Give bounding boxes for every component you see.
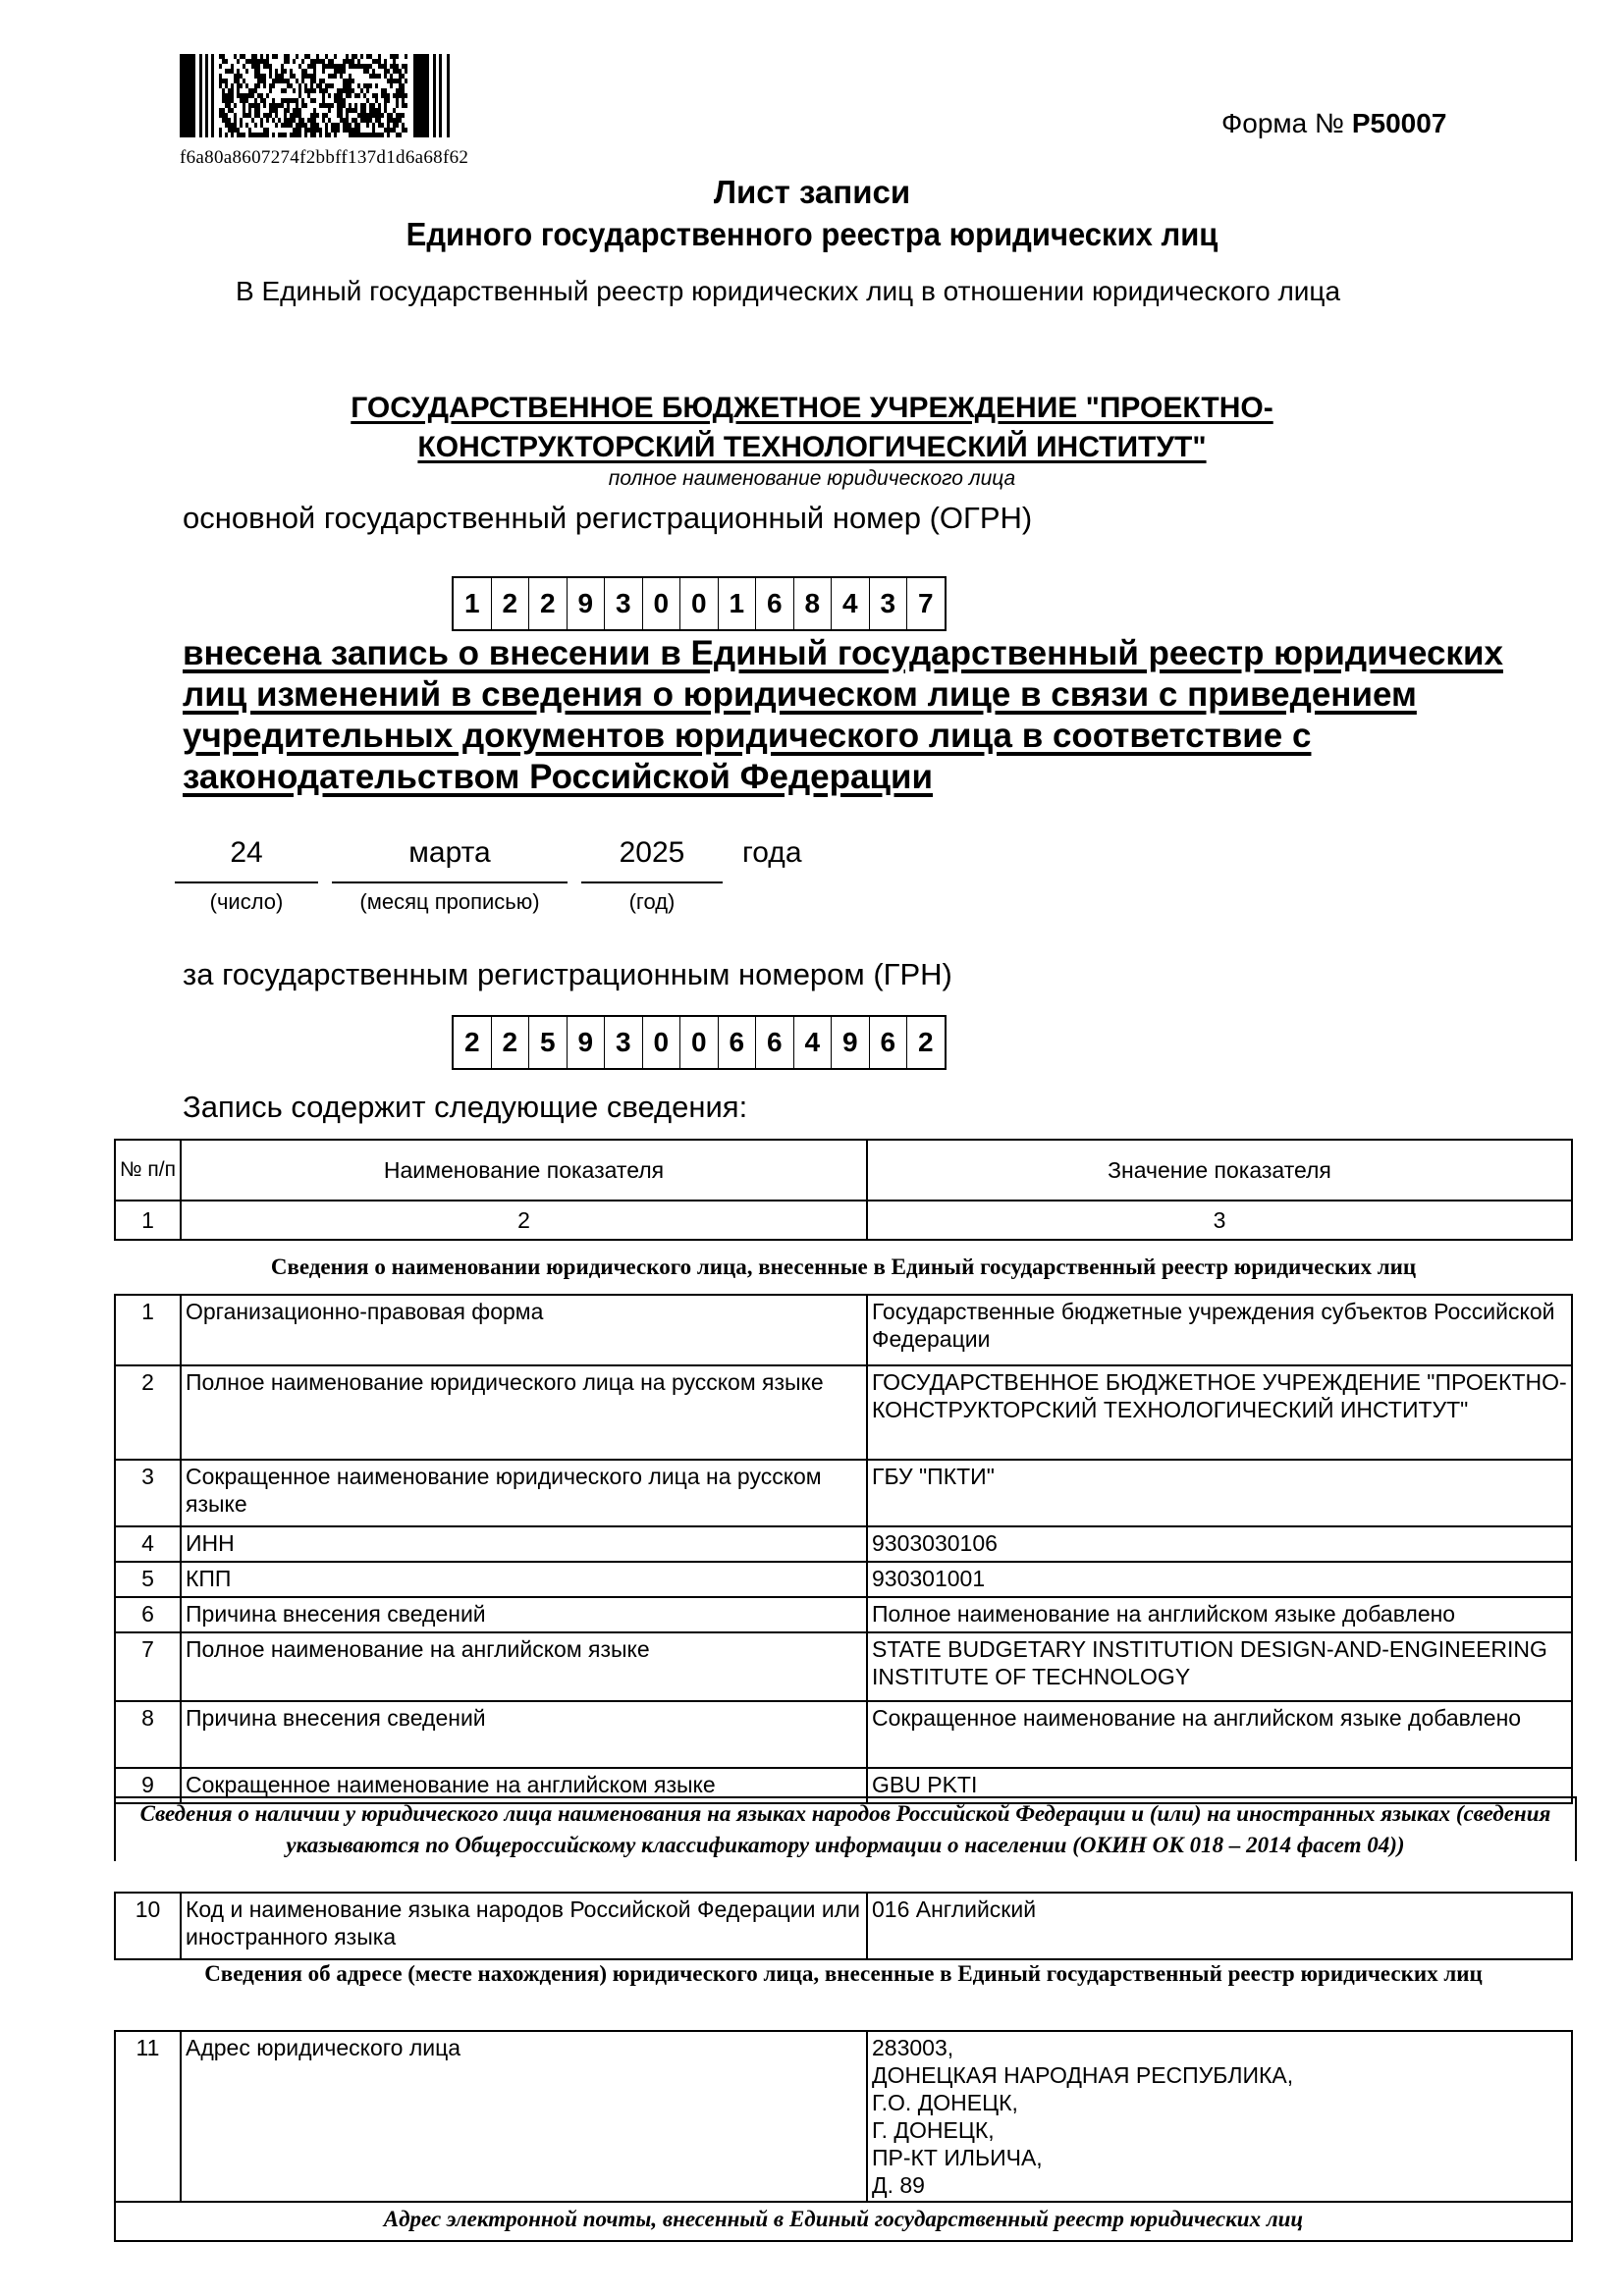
table-row: 11Адрес юридического лица283003,ДОНЕЦКАЯ… [115, 2031, 1572, 2202]
indicator-name: Полное наименование юридического лица на… [181, 1365, 867, 1460]
table-row: 7Полное наименование на английском языке… [115, 1632, 1572, 1701]
day-caption: (число) [175, 889, 318, 915]
digit-cell: 2 [907, 1017, 945, 1068]
row-number: 7 [115, 1632, 181, 1701]
table-row: 2Полное наименование юридического лица н… [115, 1365, 1572, 1460]
section-heading-address: Сведения об адресе (месте нахождения) юр… [114, 1959, 1573, 1989]
indicator-name: ИНН [181, 1526, 867, 1562]
col-number-2: 2 [181, 1201, 867, 1240]
row-number: 1 [115, 1295, 181, 1365]
indicator-value: ГОСУДАРСТВЕННОЕ БЮДЖЕТНОЕ УЧРЕЖДЕНИЕ "ПР… [867, 1365, 1572, 1460]
digit-cell: 0 [680, 578, 719, 629]
indicator-name: Причина внесения сведений [181, 1597, 867, 1632]
row-number: 10 [115, 1893, 181, 1959]
digit-cell: 3 [870, 578, 908, 629]
digit-cell: 1 [454, 578, 492, 629]
table-row: 6Причина внесения сведенийПолное наимено… [115, 1597, 1572, 1632]
digit-cell: 6 [756, 578, 794, 629]
indicator-value: 9303030106 [867, 1526, 1572, 1562]
digit-cell: 5 [529, 1017, 568, 1068]
indicator-value: Государственные бюджетные учреждения суб… [867, 1295, 1572, 1365]
indicator-value: 016 Английский [867, 1893, 1572, 1959]
table-row: 1Организационно-правовая формаГосударств… [115, 1295, 1572, 1365]
form-code: Р50007 [1352, 108, 1447, 138]
table-header: № п/п Наименование показателя Значение п… [114, 1139, 1573, 1241]
digit-cell: 9 [568, 578, 606, 629]
indicator-value: Полное наименование на английском языке … [867, 1597, 1572, 1632]
indicator-name: Организационно-правовая форма [181, 1295, 867, 1365]
digit-cell: 2 [492, 578, 530, 629]
organization-name-caption: полное наименование юридического лица [0, 467, 1624, 491]
barcode-code: f6a80a8607274f2bbff137d1d6a68f62 [180, 147, 468, 169]
indicator-name: Сокращенное наименование юридического ли… [181, 1460, 867, 1526]
year-caption: (год) [581, 889, 723, 915]
digit-cell: 1 [719, 578, 757, 629]
table-row: 5КПП930301001 [115, 1562, 1572, 1597]
col-number-3: 3 [867, 1201, 1572, 1240]
digit-cell: 9 [568, 1017, 606, 1068]
digit-cell: 3 [605, 578, 643, 629]
indicator-value: 283003,ДОНЕЦКАЯ НАРОДНАЯ РЕСПУБЛИКА,Г.О.… [867, 2031, 1572, 2202]
document-title: Лист записи [0, 174, 1624, 211]
col-header-name: Наименование показателя [181, 1140, 867, 1201]
digit-cell: 3 [605, 1017, 643, 1068]
digit-cell: 0 [643, 578, 681, 629]
address-line: ПР-КТ ИЛЬИЧА, [872, 2144, 1567, 2171]
digit-cell: 2 [454, 1017, 492, 1068]
digit-cell: 4 [832, 578, 870, 629]
indicator-value: 930301001 [867, 1562, 1572, 1597]
date-year: 2025 (год) [581, 836, 723, 915]
date-suffix: года [742, 836, 802, 870]
pdf417-barcode [180, 54, 464, 137]
section-heading-email: Адрес электронной почты, внесенный в Еди… [114, 2199, 1573, 2242]
ogrn-label: основной государственный регистрационный… [183, 501, 1032, 536]
table-languages-section: 10Код и наименование языка народов Росси… [114, 1892, 1573, 1960]
form-label: Форма № [1221, 108, 1344, 138]
indicator-name: Код и наименование языка народов Российс… [181, 1893, 867, 1959]
table-row: 10Код и наименование языка народов Росси… [115, 1893, 1572, 1959]
digit-cell: 4 [794, 1017, 833, 1068]
col-number-1: 1 [115, 1201, 181, 1240]
digit-cell: 9 [832, 1017, 870, 1068]
row-number: 6 [115, 1597, 181, 1632]
date-month: марта (месяц прописью) [332, 836, 568, 915]
address-line: Г.О. ДОНЕЦК, [872, 2089, 1567, 2116]
digit-cell: 0 [680, 1017, 719, 1068]
intro-text: В Единый государственный реестр юридичес… [183, 273, 1459, 309]
section-heading-languages: Сведения о наличии у юридического лица н… [114, 1796, 1577, 1861]
digit-cell: 2 [529, 578, 568, 629]
table-address-section: 11Адрес юридического лица283003,ДОНЕЦКАЯ… [114, 2030, 1573, 2203]
row-number: 2 [115, 1365, 181, 1460]
digit-cell: 6 [870, 1017, 908, 1068]
digit-cell: 6 [719, 1017, 757, 1068]
row-number: 11 [115, 2031, 181, 2202]
col-header-num: № п/п [115, 1140, 181, 1201]
digit-cell: 0 [643, 1017, 681, 1068]
digit-cell: 8 [794, 578, 833, 629]
section-heading-name: Сведения о наименовании юридического лиц… [114, 1253, 1573, 1282]
table-name-section: 1Организационно-правовая формаГосударств… [114, 1294, 1573, 1804]
address-line: 283003, [872, 2034, 1567, 2061]
indicator-name: Полное наименование на английском языке [181, 1632, 867, 1701]
month-caption: (месяц прописью) [332, 889, 568, 915]
address-line: ДОНЕЦКАЯ НАРОДНАЯ РЕСПУБЛИКА, [872, 2061, 1567, 2089]
grn-digit-boxes: 2259300664962 [452, 1015, 947, 1070]
digit-cell: 6 [756, 1017, 794, 1068]
row-number: 8 [115, 1701, 181, 1768]
col-header-value: Значение показателя [867, 1140, 1572, 1201]
indicator-value: ГБУ "ПКТИ" [867, 1460, 1572, 1526]
indicator-value: STATE BUDGETARY INSTITUTION DESIGN-AND-E… [867, 1632, 1572, 1701]
row-number: 4 [115, 1526, 181, 1562]
indicator-value: Сокращенное наименование на английском я… [867, 1701, 1572, 1768]
indicator-name: Адрес юридического лица [181, 2031, 867, 2202]
document-subtitle: Единого государственного реестра юридиче… [49, 216, 1576, 253]
organization-full-name: ГОСУДАРСТВЕННОЕ БЮДЖЕТНОЕ УЧРЕЖДЕНИЕ "ПР… [0, 389, 1624, 467]
table-row: 3Сокращенное наименование юридического л… [115, 1460, 1572, 1526]
digit-cell: 7 [907, 578, 945, 629]
address-line: Г. ДОНЕЦК, [872, 2116, 1567, 2144]
digit-cell: 2 [492, 1017, 530, 1068]
row-number: 3 [115, 1460, 181, 1526]
indicator-name: Причина внесения сведений [181, 1701, 867, 1768]
table-row: 4ИНН9303030106 [115, 1526, 1572, 1562]
address-line: Д. 89 [872, 2171, 1567, 2199]
table-row: 8Причина внесения сведенийСокращенное на… [115, 1701, 1572, 1768]
form-number: Форма № Р50007 [1221, 108, 1446, 139]
grn-label: за государственным регистрационным номер… [183, 957, 952, 992]
row-number: 5 [115, 1562, 181, 1597]
record-description: внесена запись о внесении в Единый госуд… [183, 633, 1557, 798]
ogrn-digit-boxes: 1229300168437 [452, 576, 947, 631]
contains-label: Запись содержит следующие сведения: [183, 1090, 747, 1125]
indicator-name: КПП [181, 1562, 867, 1597]
date-day: 24 (число) [175, 836, 318, 915]
